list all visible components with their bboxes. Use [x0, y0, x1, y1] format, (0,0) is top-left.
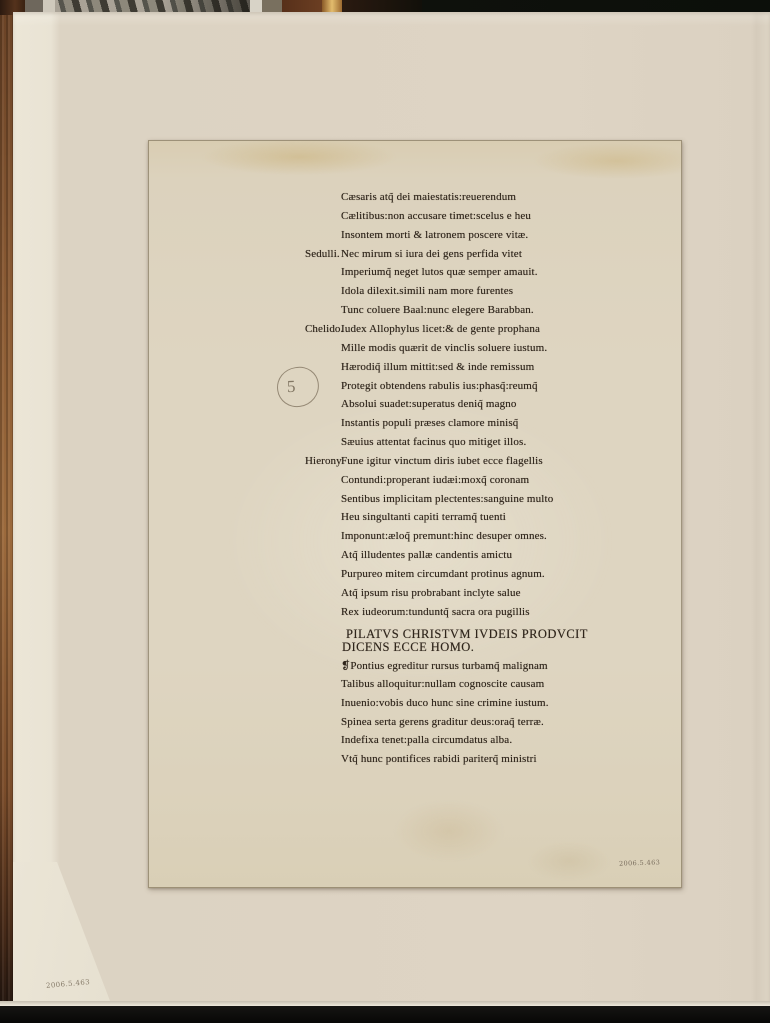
verse-text: Talibus alloquitur:nullam cognoscite cau…	[341, 678, 544, 690]
verse-line: Atq̃ ipsum risu probrabant inclyte salue	[149, 587, 681, 603]
verse-line: Spinea serta gerens graditur deus:oraq̃ …	[149, 716, 681, 732]
sheet-accession-number: 2006.5.463	[619, 858, 660, 867]
verse-text: Sæuius attentat facinus quo mitiget illo…	[341, 436, 526, 448]
print-sheet: Cæsaris atq̃ dei maiestatis:reuerendumCæ…	[148, 140, 682, 888]
verse-text: Sentibus implicitam plectentes:sanguine …	[341, 493, 553, 505]
verse-text: Idola dilexit.simili nam more furentes	[341, 285, 513, 297]
verse-text: Spinea serta gerens graditur deus:oraq̃ …	[341, 716, 544, 728]
verse-text: Cælitibus:non accusare timet:scelus e he…	[341, 210, 531, 222]
verse-text: Iudex Allophylus licet:& de gente propha…	[341, 323, 540, 335]
wood-frame-left	[0, 15, 13, 1010]
verse-line: ❡Pontius egreditur rursus turbamq̃ malig…	[149, 659, 681, 675]
verse-text: Purpureo mitem circumdant protinus agnum…	[341, 568, 545, 580]
verse-line: Absolui suadet:superatus deniq̃ magno	[149, 398, 681, 414]
margin-label: Hierony	[305, 455, 342, 467]
verse-text: Contundi:properant iudæi:moxq̃ coronam	[341, 474, 529, 486]
verse-text: Atq̃ ipsum risu probrabant inclyte salue	[341, 587, 521, 599]
pencil-number-label: 5	[287, 377, 296, 397]
verse-line: Instantis populi præses clamore minisq̃	[149, 417, 681, 433]
verse-line: Tunc coluere Baal:nunc elegere Barabban.	[149, 304, 681, 320]
verse-line: Sedulli.Nec mirum si iura dei gens perfi…	[149, 248, 681, 264]
verse-line: Inuenio:vobis duco hunc sine crimine ius…	[149, 697, 681, 713]
verse-line: Heu singultanti capiti terramq̃ tuenti	[149, 511, 681, 527]
verse-line: Chelido.Iudex Allophylus licet:& de gent…	[149, 323, 681, 339]
verse-text: Indefixa tenet:palla circumdatus alba.	[341, 734, 512, 746]
verse-line: Mille modis quærit de vinclis soluere iu…	[149, 342, 681, 358]
verse-line: Vtq̃ hunc pontifices rabidi pariterq̃ mi…	[149, 753, 681, 769]
verse-text: Cæsaris atq̃ dei maiestatis:reuerendum	[341, 191, 516, 203]
verse-text: Protegit obtendens rabulis ius:phasq̃:re…	[341, 380, 538, 392]
verse-text: Imperiumq̃ neget lutos quæ semper amauit…	[341, 266, 538, 278]
photo-scene: 2006.5.463 Cæsaris atq̃ dei maiestatis:r…	[0, 0, 770, 1023]
verse-text: Atq̃ illudentes pallæ candentis amictu	[341, 549, 512, 561]
verse-text: Imponunt:æloq̃ premunt:hinc desuper omne…	[341, 530, 547, 542]
verse-line: HieronyFune igitur vinctum diris iubet e…	[149, 455, 681, 471]
margin-label: Chelido.	[305, 323, 343, 335]
verse-line: Talibus alloquitur:nullam cognoscite cau…	[149, 678, 681, 694]
verse-line: Imperiumq̃ neget lutos quæ semper amauit…	[149, 266, 681, 282]
heading-line: DICENS ECCE HOMO.	[149, 640, 681, 656]
verse-line: Indefixa tenet:palla circumdatus alba.	[149, 734, 681, 750]
verse-line: Cælitibus:non accusare timet:scelus e he…	[149, 210, 681, 226]
verse-line: Cæsaris atq̃ dei maiestatis:reuerendum	[149, 191, 681, 207]
verse-text: Rex iudeorum:tunduntq̃ sacra ora pugilli…	[341, 606, 530, 618]
verse-text: ❡Pontius egreditur rursus turbamq̃ malig…	[341, 659, 548, 672]
verse-text: Instantis populi præses clamore minisq̃	[341, 417, 518, 429]
verse-line: Purpureo mitem circumdant protinus agnum…	[149, 568, 681, 584]
verse-line: Contundi:properant iudæi:moxq̃ coronam	[149, 474, 681, 490]
verse-text: Mille modis quærit de vinclis soluere iu…	[341, 342, 547, 354]
verse-text: Absolui suadet:superatus deniq̃ magno	[341, 398, 517, 410]
verse-text: Nec mirum si iura dei gens perfida vitet	[341, 248, 522, 260]
verse-line: Sæuius attentat facinus quo mitiget illo…	[149, 436, 681, 452]
verse-line: Protegit obtendens rabulis ius:phasq̃:re…	[149, 380, 681, 396]
verse-text: Heu singultanti capiti terramq̃ tuenti	[341, 511, 506, 523]
verse-text: Inuenio:vobis duco hunc sine crimine ius…	[341, 697, 549, 709]
verse-line: Imponunt:æloq̃ premunt:hinc desuper omne…	[149, 530, 681, 546]
verse-line: Insontem morti & latronem poscere vitæ.	[149, 229, 681, 245]
verse-text: Fune igitur vinctum diris iubet ecce fla…	[341, 455, 543, 467]
verse-line: Idola dilexit.simili nam more furentes	[149, 285, 681, 301]
text-block: Cæsaris atq̃ dei maiestatis:reuerendumCæ…	[149, 141, 681, 887]
bottom-shadow-strip	[0, 1006, 770, 1023]
verse-text: Insontem morti & latronem poscere vitæ.	[341, 229, 528, 241]
verse-line: Sentibus implicitam plectentes:sanguine …	[149, 493, 681, 509]
verse-line: Hærodiq̃ illum mittit:sed & inde remissu…	[149, 361, 681, 377]
verse-text: Tunc coluere Baal:nunc elegere Barabban.	[341, 304, 534, 316]
verse-line: Rex iudeorum:tunduntq̃ sacra ora pugilli…	[149, 606, 681, 622]
verse-line: Atq̃ illudentes pallæ candentis amictu	[149, 549, 681, 565]
margin-label: Sedulli.	[305, 248, 340, 260]
verse-text: Hærodiq̃ illum mittit:sed & inde remissu…	[341, 361, 534, 373]
heading-text: DICENS ECCE HOMO.	[342, 640, 474, 655]
verse-text: Vtq̃ hunc pontifices rabidi pariterq̃ mi…	[341, 753, 537, 765]
